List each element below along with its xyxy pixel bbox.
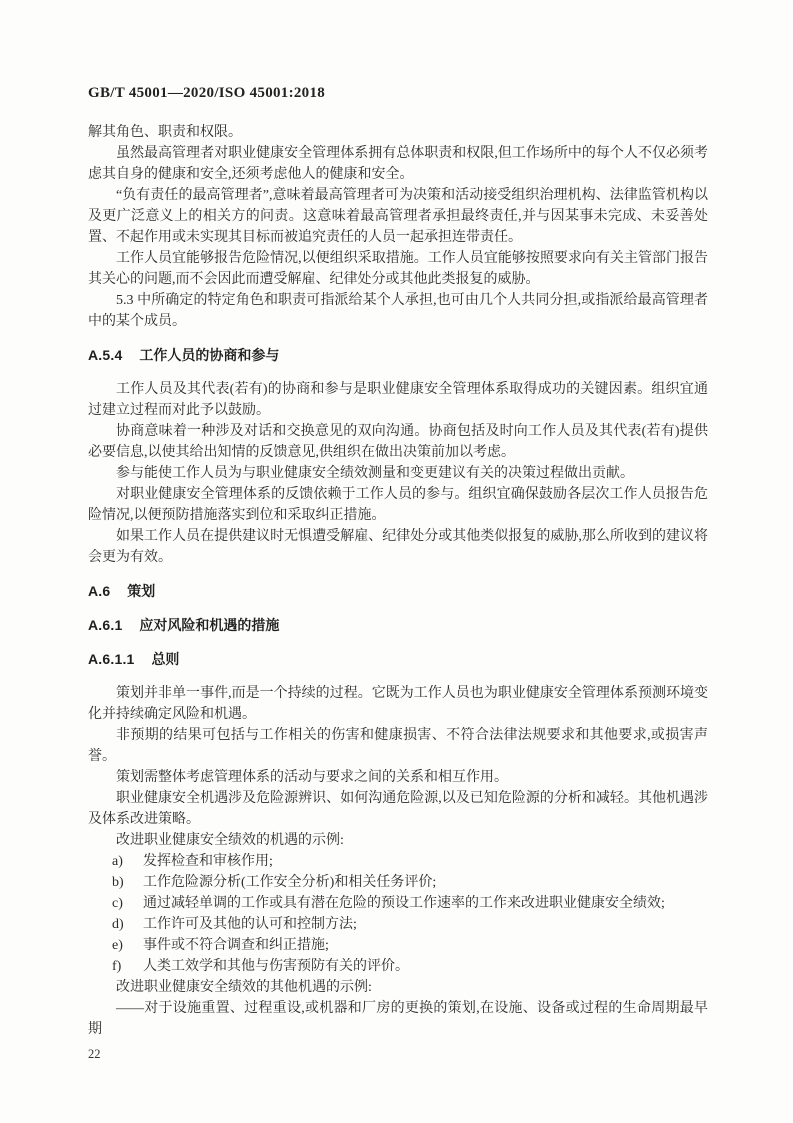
- heading-a5-4: A.5.4 工作人员的协商和参与: [88, 345, 708, 366]
- heading-a6: A.6 策划: [88, 581, 708, 602]
- paragraph: 参与能使工作人员为与职业健康安全绩效测量和变更建议有关的决策过程做出贡献。: [88, 463, 708, 484]
- page-header-standard-number: GB/T 45001—2020/ISO 45001:2018: [88, 84, 708, 102]
- list-item: c) 通过减轻单调的工作或具有潜在危险的预设工作速率的工作来改进职业健康安全绩效…: [88, 893, 708, 914]
- heading-title: 工作人员的协商和参与: [139, 347, 279, 363]
- list-item-text: 工作许可及其他的认可和控制方法;: [143, 914, 708, 935]
- list-item: d) 工作许可及其他的认可和控制方法;: [88, 914, 708, 935]
- paragraph: “负有责任的最高管理者”,意味着最高管理者可为决策和活动接受组织治理机构、法律监…: [88, 185, 708, 248]
- list-item-label: d): [112, 914, 143, 935]
- page-content: 解其角色、职责和权限。 虽然最高管理者对职业健康安全管理体系拥有总体职责和权限,…: [88, 122, 708, 1040]
- list-item: e) 事件或不符合调查和纠正措施;: [88, 935, 708, 956]
- paragraph: 5.3 中所确定的特定角色和职责可指派给某个人承担,也可由几个人共同分担,或指派…: [88, 290, 708, 332]
- list-item-text: 事件或不符合调查和纠正措施;: [143, 935, 708, 956]
- paragraph-continuation: 解其角色、职责和权限。: [88, 122, 708, 143]
- paragraph: 策划并非单一事件,而是一个持续的过程。它既为工作人员也为职业健康安全管理体系预测…: [88, 683, 708, 725]
- list-item-label: b): [112, 872, 143, 893]
- list-item: b) 工作危险源分析(工作安全分析)和相关任务评价;: [88, 872, 708, 893]
- list-item-label: a): [112, 851, 143, 872]
- page-number: 22: [88, 1046, 708, 1062]
- heading-a6-1: A.6.1 应对风险和机遇的措施: [88, 615, 708, 636]
- list-item: f) 人类工效学和其他与伤害预防有关的评价。: [88, 956, 708, 977]
- list-item-text: 发挥检查和审核作用;: [143, 851, 708, 872]
- list-item-label: e): [112, 935, 143, 956]
- paragraph: 工作人员及其代表(若有)的协商和参与是职业健康安全管理体系取得成功的关键因素。组…: [88, 379, 708, 421]
- heading-title: 总则: [151, 651, 179, 667]
- list-item-text: 通过减轻单调的工作或具有潜在危险的预设工作速率的工作来改进职业健康安全绩效;: [143, 893, 708, 914]
- heading-number: A.6: [88, 583, 110, 599]
- list-item-label: c): [112, 893, 143, 914]
- list-item-label: f): [112, 956, 143, 977]
- list-item-text: 工作危险源分析(工作安全分析)和相关任务评价;: [143, 872, 708, 893]
- heading-number: A.6.1.1: [88, 651, 135, 667]
- paragraph: 虽然最高管理者对职业健康安全管理体系拥有总体职责和权限,但工作场所中的每个人不仅…: [88, 143, 708, 185]
- heading-title: 应对风险和机遇的措施: [139, 617, 279, 633]
- dash-list-item: ——对于设施重置、过程重设,或机器和厂房的更换的策划,在设施、设备或过程的生命周…: [88, 998, 708, 1040]
- heading-number: A.6.1: [88, 617, 122, 633]
- heading-a6-1-1: A.6.1.1 总则: [88, 649, 708, 670]
- heading-number: A.5.4: [88, 347, 122, 363]
- list-item: a) 发挥检查和审核作用;: [88, 851, 708, 872]
- paragraph: 对职业健康安全管理体系的反馈依赖于工作人员的参与。组织宜确保鼓励各层次工作人员报…: [88, 484, 708, 526]
- heading-title: 策划: [127, 583, 155, 599]
- document-page: GB/T 45001—2020/ISO 45001:2018 解其角色、职责和权…: [0, 0, 793, 1123]
- paragraph: 策划需整体考虑管理体系的活动与要求之间的关系和相互作用。: [88, 767, 708, 788]
- paragraph: 非预期的结果可包括与工作相关的伤害和健康损害、不符合法律法规要求和其他要求,或损…: [88, 725, 708, 767]
- paragraph: 职业健康安全机遇涉及危险源辨识、如何沟通危险源,以及已知危险源的分析和减轻。其他…: [88, 788, 708, 830]
- list-item-text: 人类工效学和其他与伤害预防有关的评价。: [143, 956, 708, 977]
- paragraph: 改进职业健康安全绩效的机遇的示例:: [88, 830, 708, 851]
- paragraph: 如果工作人员在提供建议时无惧遭受解雇、纪律处分或其他类似报复的威胁,那么所收到的…: [88, 526, 708, 568]
- paragraph: 改进职业健康安全绩效的其他机遇的示例:: [88, 977, 708, 998]
- paragraph: 工作人员宜能够报告危险情况,以便组织采取措施。工作人员宜能够按照要求向有关主管部…: [88, 248, 708, 290]
- dash-item-text: 对于设施重置、过程重设,或机器和厂房的更换的策划,在设施、设备或过程的生命周期最…: [88, 1001, 708, 1037]
- paragraph: 协商意味着一种涉及对话和交换意见的双向沟通。协商包括及时向工作人员及其代表(若有…: [88, 421, 708, 463]
- dash-marker: ——: [116, 1001, 144, 1016]
